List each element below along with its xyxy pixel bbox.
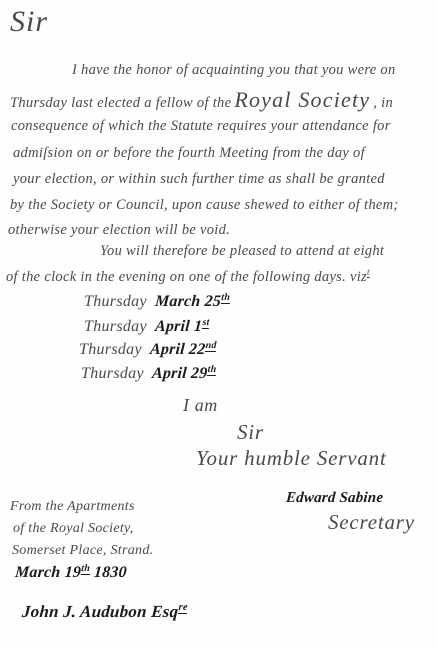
closing-secretary-title: Secretary bbox=[328, 510, 415, 535]
meeting-date-3-day: Thursday bbox=[79, 341, 142, 358]
addressee: John J. Audubon Esqre bbox=[22, 602, 187, 622]
meeting-date-1-day: Thursday bbox=[84, 293, 147, 310]
meeting-date-3-ordinal: nd bbox=[205, 340, 217, 352]
addressee-name: John J. Audubon bbox=[21, 602, 147, 621]
secretary-signature: Edward Sabine bbox=[286, 489, 383, 507]
para2-line2-text: of the clock in the evening on one of th… bbox=[6, 269, 367, 285]
viz-superscript: t bbox=[367, 267, 370, 278]
royal-society-emphasis: Royal Society bbox=[231, 87, 373, 112]
meeting-date-1-ordinal: th bbox=[221, 292, 231, 304]
para1-line2: Thursday last elected a fellow of theRoy… bbox=[10, 87, 393, 113]
meeting-date-3: Thursday April 22nd bbox=[79, 340, 216, 359]
addressee-suffix-superscript: re bbox=[178, 602, 188, 614]
origin-line2: of the Royal Society, bbox=[13, 521, 134, 538]
para1-line2-pre: Thursday last elected a fellow of the bbox=[10, 95, 231, 111]
letter-page: Sir I have the honor of acquainting you … bbox=[0, 0, 438, 650]
origin-date-ordinal: th bbox=[81, 563, 91, 575]
origin-date-year: 1830 bbox=[93, 564, 127, 581]
addressee-suffix: Esq bbox=[151, 602, 179, 621]
closing-sir: Sir bbox=[237, 420, 264, 445]
closing-i-am: I am bbox=[183, 395, 218, 417]
meeting-date-4-ordinal: th bbox=[207, 364, 217, 376]
para1-line1: I have the honor of acquainting you that… bbox=[72, 62, 396, 79]
meeting-date-4: Thursday April 29th bbox=[81, 364, 216, 383]
meeting-date-4-value: April 29th bbox=[151, 364, 216, 383]
para1-line2-post: , in bbox=[373, 95, 393, 111]
closing-servant: Your humble Servant bbox=[196, 446, 387, 471]
origin-line1: From the Apartments bbox=[10, 499, 135, 516]
origin-date-value: March 19 bbox=[14, 564, 81, 581]
para2-line2: of the clock in the evening on one of th… bbox=[6, 268, 370, 286]
meeting-date-2-value: April 1st bbox=[154, 317, 210, 336]
para1-line5: your election, or within such further ti… bbox=[13, 171, 385, 188]
para1-line7: otherwise your election will be void. bbox=[8, 222, 230, 239]
meeting-date-2-ordinal: st bbox=[202, 317, 210, 329]
origin-date: March 19th 1830 bbox=[15, 563, 127, 582]
meeting-date-4-day: Thursday bbox=[81, 365, 144, 382]
para1-line6: by the Society or Council, upon cause sh… bbox=[10, 197, 399, 214]
origin-line3: Somerset Place, Strand. bbox=[12, 543, 153, 560]
meeting-date-1-value: March 25th bbox=[154, 292, 230, 311]
meeting-date-2: Thursday April 1st bbox=[84, 317, 209, 336]
para1-line3: consequence of which the Statute require… bbox=[11, 118, 391, 135]
salutation: Sir bbox=[10, 4, 48, 40]
meeting-date-3-value: April 22nd bbox=[149, 340, 217, 359]
meeting-date-1: Thursday March 25th bbox=[84, 292, 229, 311]
meeting-date-2-day: Thursday bbox=[84, 318, 147, 335]
para2-line1: You will therefore be pleased to attend … bbox=[100, 243, 384, 260]
para1-line4: admiſsion on or before the fourth Meetin… bbox=[13, 145, 365, 162]
